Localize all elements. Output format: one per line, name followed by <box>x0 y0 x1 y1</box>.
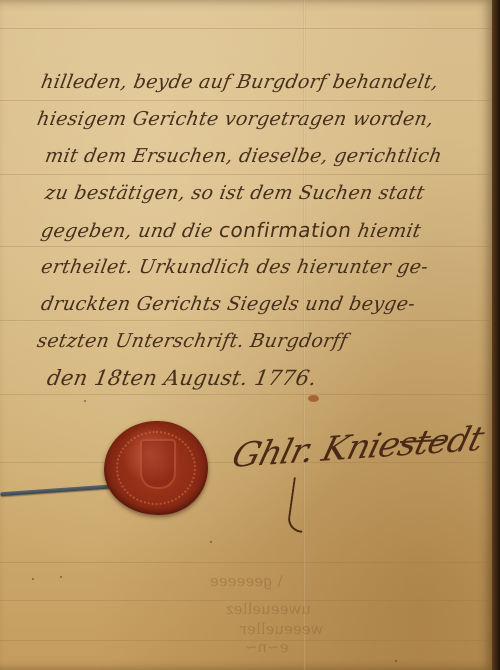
ruled-line <box>0 28 494 29</box>
text-line: mit dem Ersuchen, dieselbe, gerichtlich <box>34 138 500 175</box>
paper-speck <box>32 578 34 580</box>
date-line: den 18ten August. 1776. <box>34 360 500 397</box>
bleed-through-text: \ geeeeee <box>208 572 284 590</box>
bleed-through-text: weeeueller <box>238 620 325 638</box>
latin-word-confirmation: confirmation <box>217 218 354 242</box>
ruled-line <box>0 562 494 563</box>
text-line: druckten Gerichts Siegels und beyge- <box>34 286 500 323</box>
wax-seal-icon <box>104 421 208 515</box>
seal-crest-icon <box>140 439 176 489</box>
bleed-through-text: uweeuellez <box>224 600 312 618</box>
handwritten-text: hilleden, beyde auf Burgdorf behandelt, … <box>34 64 494 397</box>
document-photo: \ geeeeee uweeuellez weeeueller e~n~ hil… <box>0 0 500 670</box>
wax-stain <box>308 395 319 402</box>
paper-speck <box>84 400 86 402</box>
paper-speck <box>395 660 397 662</box>
text-line: hilleden, beyde auf Burgdorf behandelt, <box>34 64 500 101</box>
paper-speck <box>60 576 62 578</box>
text-line: hiesigem Gerichte vorgetragen worden, <box>34 101 500 138</box>
paper-speck <box>210 541 212 543</box>
text-line-end: hiemit <box>350 220 423 242</box>
text-line-start: gegeben, und die <box>39 220 221 242</box>
text-line: ertheilet. Urkundlich des hierunter ge- <box>34 249 500 286</box>
text-line: gegeben, und die confirmation hiemit <box>34 212 500 249</box>
text-line: zu bestätigen, so ist dem Suchen statt <box>34 175 500 212</box>
bleed-through-text: e~n~ <box>243 638 290 656</box>
text-line: setzten Unterschrift. Burgdorff <box>34 323 500 360</box>
